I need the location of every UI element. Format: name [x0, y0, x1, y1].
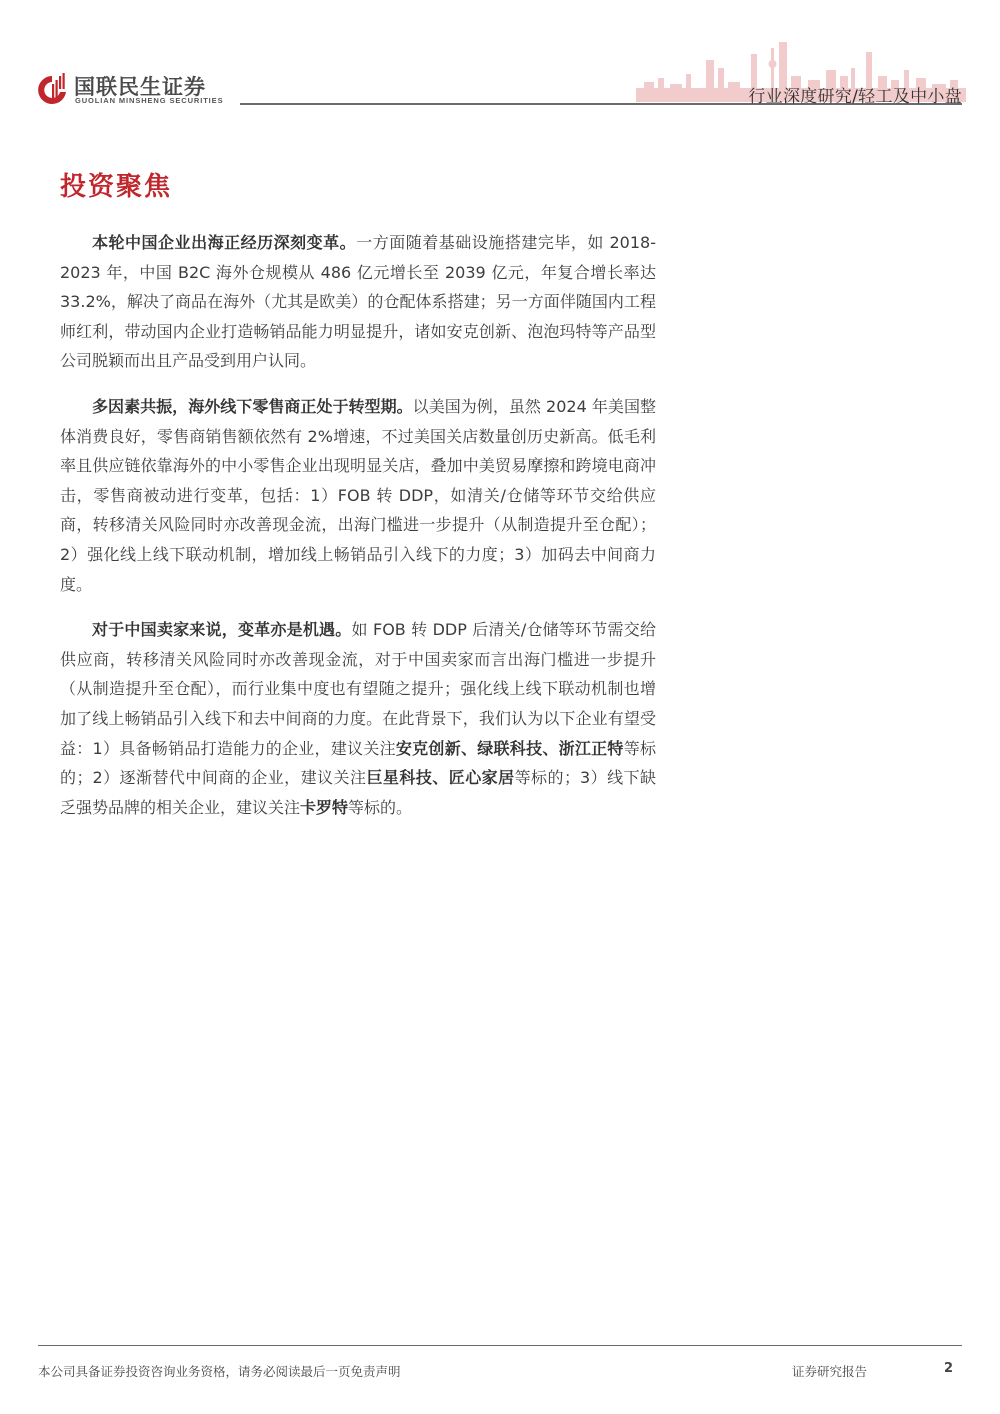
paragraph-3: 对于中国卖家来说，变革亦是机遇。如 FOB 转 DDP 后清关/仓储等环节需交给…	[60, 615, 656, 822]
company-logo: 国联民生证券 GUOLIAN MINSHENG SECURITIES	[36, 72, 236, 108]
paragraph-text: 一方面随着基础设施搭建完毕，如 2018-2023 年，中国 B2C 海外仓规模…	[60, 233, 656, 370]
page-number: 2	[944, 1361, 953, 1376]
paragraph-2: 多因素共振，海外线下零售商正处于转型期。以美国为例，虽然 2024 年美国整体消…	[60, 392, 656, 599]
paragraph-1: 本轮中国企业出海正经历深刻变革。一方面随着基础设施搭建完毕，如 2018-202…	[60, 228, 656, 376]
paragraph-text: 如 FOB 转 DDP 后清关/仓储等环节需交给供应商，转移清关风险同时亦改善现…	[60, 620, 656, 757]
logo-mark-icon	[36, 72, 70, 106]
section-title: 投资聚焦	[60, 166, 172, 203]
paragraph-lead: 本轮中国企业出海正经历深刻变革。	[92, 233, 356, 252]
report-body: 本轮中国企业出海正经历深刻变革。一方面随着基础设施搭建完毕，如 2018-202…	[60, 228, 656, 838]
footer-disclaimer: 本公司具备证券投资咨询业务资格，请务必阅读最后一页免责声明	[38, 1362, 401, 1380]
recommended-stocks: 巨星科技、匠心家居	[366, 768, 514, 787]
paragraph-text: 等标的。	[348, 798, 412, 817]
paragraph-lead: 对于中国卖家来说，变革亦是机遇。	[92, 620, 351, 639]
recommended-stocks: 卡罗特	[300, 798, 348, 817]
report-category: 行业深度研究/轻工及中小盘	[748, 82, 962, 107]
recommended-stocks: 安克创新、绿联科技、浙江正特	[396, 739, 624, 758]
paragraph-lead: 多因素共振，海外线下零售商正处于转型期。	[92, 397, 413, 416]
footer-divider	[38, 1345, 962, 1346]
page-header: 国联民生证券 GUOLIAN MINSHENG SECURITIES	[0, 0, 1000, 110]
footer-doc-type: 证券研究报告	[792, 1362, 867, 1380]
paragraph-text: 以美国为例，虽然 2024 年美国整体消费良好，零售商销售额依然有 2%增速，不…	[60, 397, 656, 594]
logo-english-name: GUOLIAN MINSHENG SECURITIES	[75, 96, 223, 105]
